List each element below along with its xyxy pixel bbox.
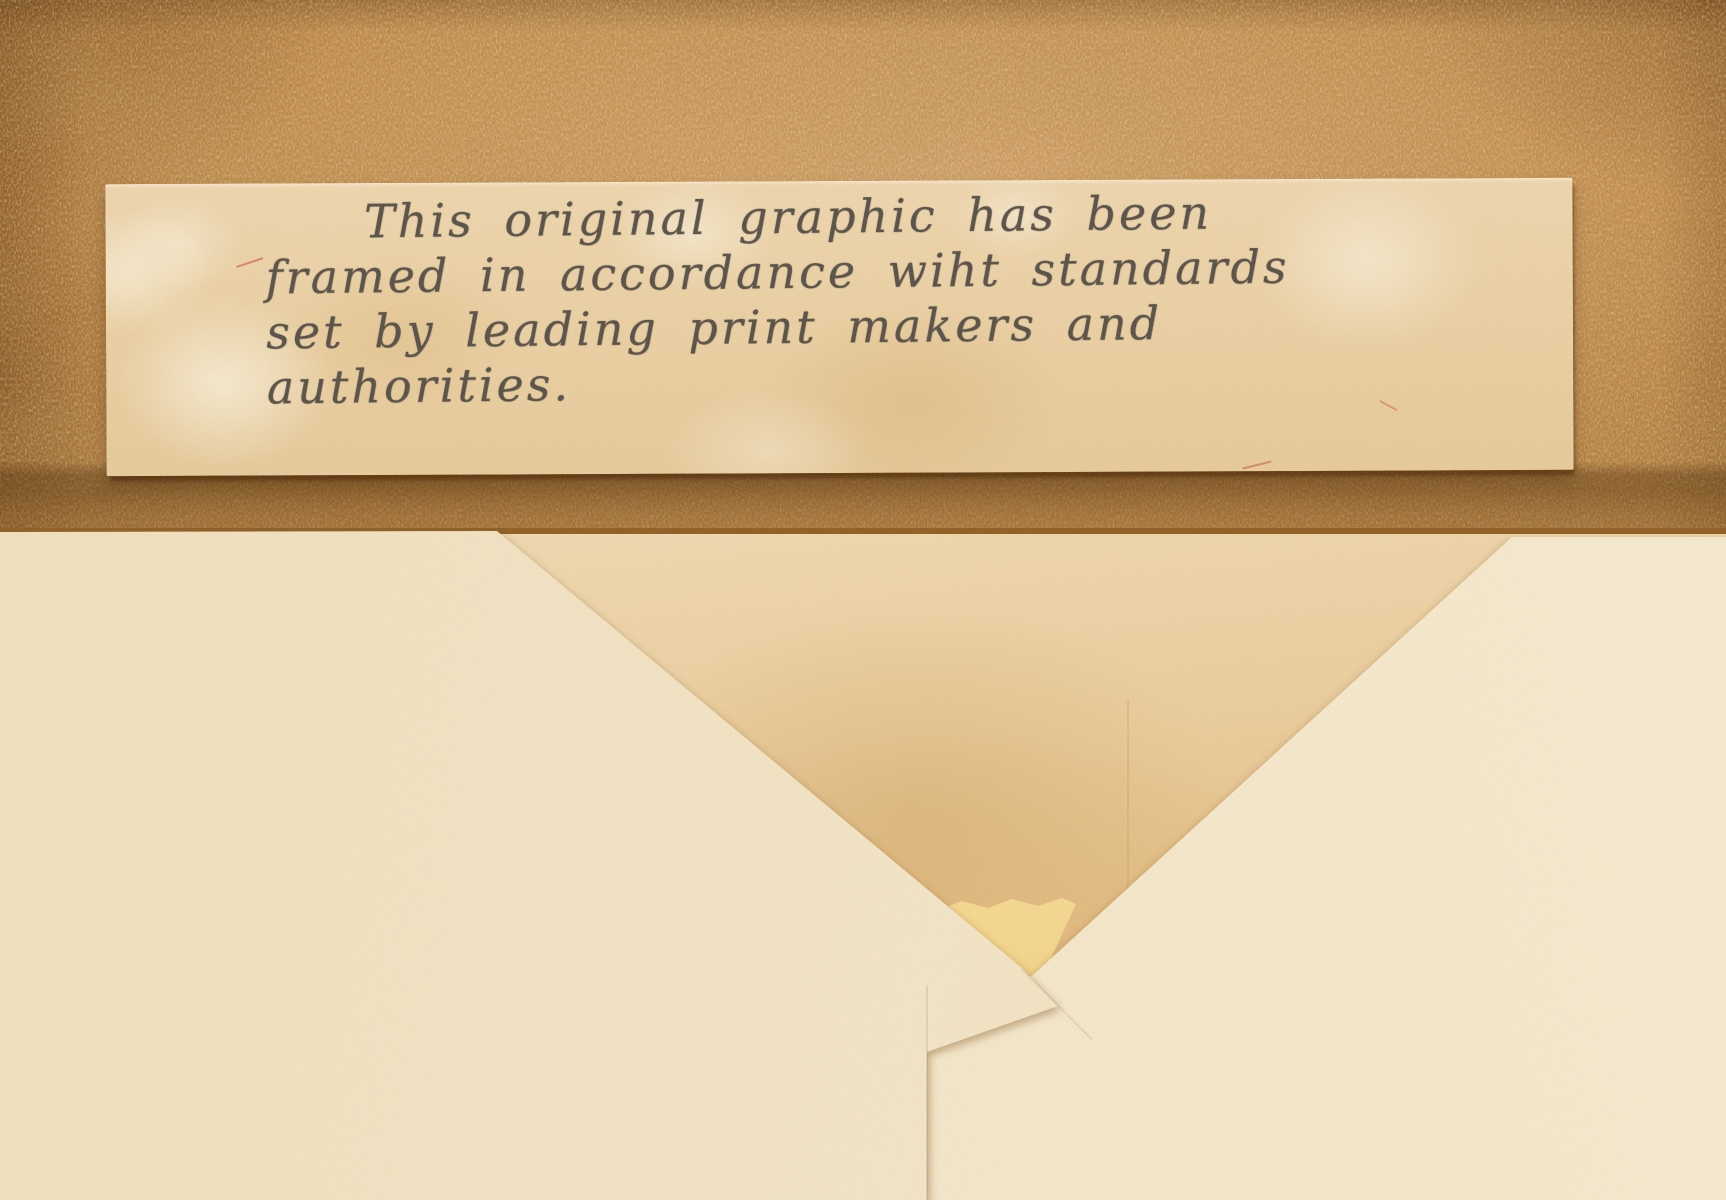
left-fold-flap [0, 528, 1726, 1200]
framed-print-back-photo: This original graphic has been framed in… [0, 0, 1726, 1200]
vertical-fold-seam [926, 985, 928, 1200]
red-fiber-mark [236, 257, 263, 268]
backing-sheet-area [0, 528, 1726, 1200]
label-handwriting: This original graphic has been framed in… [265, 182, 1544, 415]
framing-label: This original graphic has been framed in… [105, 178, 1573, 476]
left-fold-flap-shadow [0, 528, 1726, 1200]
